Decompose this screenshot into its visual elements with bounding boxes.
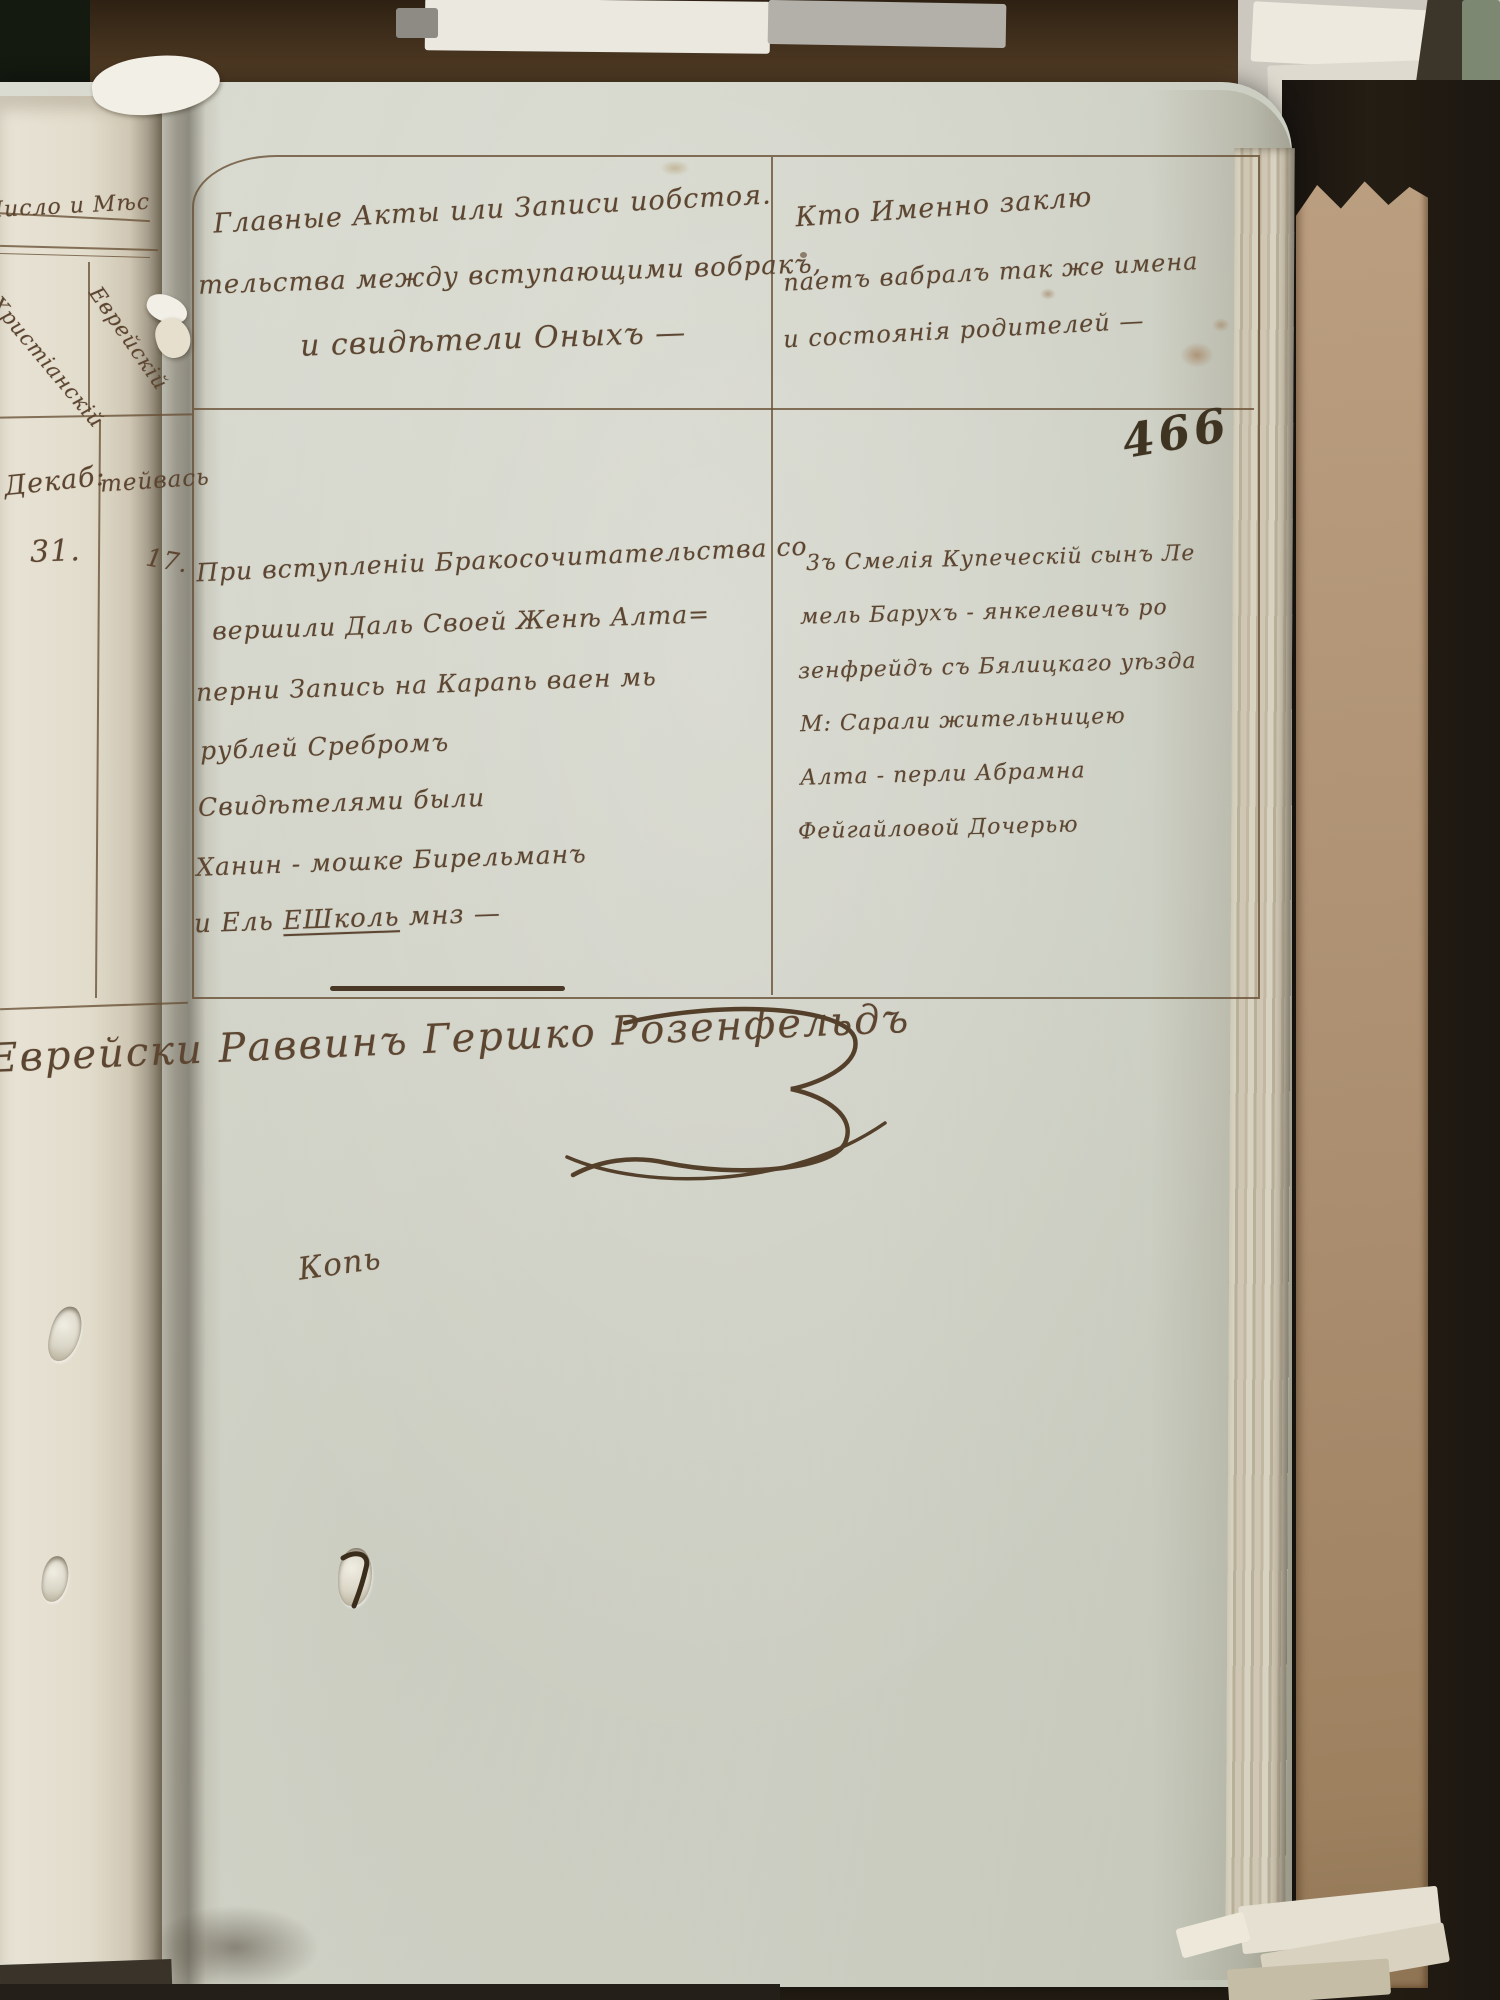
header-bottom-rule bbox=[194, 408, 1254, 410]
cardboard-backing bbox=[1296, 176, 1428, 1988]
sliver-subcolumn-divider bbox=[88, 262, 90, 412]
bottom-dark-strip bbox=[0, 1984, 780, 2000]
column-divider-rule bbox=[771, 157, 773, 995]
paper-edge-sliver bbox=[768, 0, 1007, 48]
paper-edge-sliver bbox=[425, 0, 771, 54]
witness-prefix: и Ель bbox=[194, 906, 284, 939]
christian-day: 31. bbox=[29, 533, 81, 570]
witness-suffix: мнз — bbox=[399, 899, 501, 933]
witness-name-underlined: ЕШколь bbox=[282, 902, 400, 936]
signature-flourish bbox=[555, 1005, 895, 1190]
heavy-ink-rule-segment bbox=[330, 986, 565, 991]
paper-tear bbox=[336, 1546, 376, 1610]
bottom-corner-shadow bbox=[150, 1905, 320, 1990]
paper-edge-sliver bbox=[396, 8, 438, 38]
metrical-book-photo: Число и Мѣс Христіанскій Еврейскій Декаб… bbox=[0, 0, 1500, 2000]
tear-slit bbox=[336, 1546, 376, 1610]
